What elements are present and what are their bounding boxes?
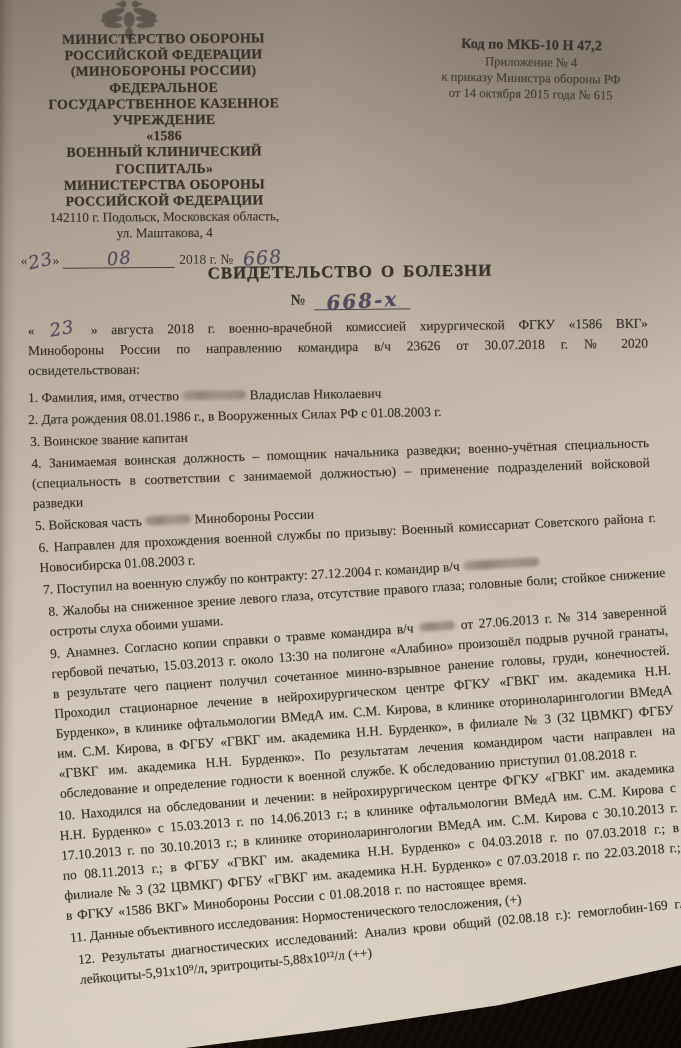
organization-name-line: ГОСУДАРСТВЕННОЕ КАЗЕННОЕ xyxy=(16,95,312,113)
organization-address: 142110 г. Подольск, Московская область,у… xyxy=(16,208,312,241)
handwritten-month: 08 xyxy=(106,247,133,270)
organization-address-line: 142110 г. Подольск, Московская область, xyxy=(16,208,312,225)
document-title: СВИДЕТЕЛЬСТВО О БОЛЕЗНИ xyxy=(160,260,540,284)
redaction-blur xyxy=(182,390,246,400)
handwritten-day: 23 xyxy=(50,327,75,331)
certificate-number-line: №668-х xyxy=(160,283,540,312)
handwritten-certificate-number: 668-х xyxy=(325,287,398,315)
icd-code-block: Код по МКБ-10 Н 47,2 Приложение № 4к при… xyxy=(397,34,664,105)
redaction-blur xyxy=(463,557,539,570)
intro-paragraph: « 23 » августа 2018 г. военно-врачебной … xyxy=(28,313,649,381)
handwritten-day: 23 xyxy=(26,248,55,274)
document-paper: МИНИСТЕРСТВО ОБОРОНЫРОССИЙСКОЙ ФЕДЕРАЦИИ… xyxy=(0,0,681,1048)
document-body: « 23 » августа 2018 г. военно-врачебной … xyxy=(28,321,648,992)
order-reference: Приложение № 4к приказу Министра обороны… xyxy=(397,52,664,105)
organization-address-line: ул. Маштакова, 4 xyxy=(17,224,313,241)
certificate-number-blank: 668-х xyxy=(314,284,410,310)
number-sign: № xyxy=(291,292,306,308)
issuing-organization-block: МИНИСТЕРСТВО ОБОРОНЫРОССИЙСКОЙ ФЕДЕРАЦИИ… xyxy=(15,30,313,269)
photo-background: МИНИСТЕРСТВО ОБОРОНЫРОССИЙСКОЙ ФЕДЕРАЦИИ… xyxy=(0,0,681,1048)
numbered-items: 1. Фамилия, имя, отчество Владислав Нико… xyxy=(28,388,648,990)
redaction-blur xyxy=(419,620,456,632)
redaction-blur xyxy=(145,515,191,526)
order-reference-line: от 14 октября 2015 года № 615 xyxy=(397,84,663,105)
document-title-block: СВИДЕТЕЛЬСТВО О БОЛЕЗНИ №668-х xyxy=(160,260,540,312)
organization-name: МИНИСТЕРСТВО ОБОРОНЫРОССИЙСКОЙ ФЕДЕРАЦИИ… xyxy=(15,30,312,210)
month-blank: 08 xyxy=(63,246,175,269)
